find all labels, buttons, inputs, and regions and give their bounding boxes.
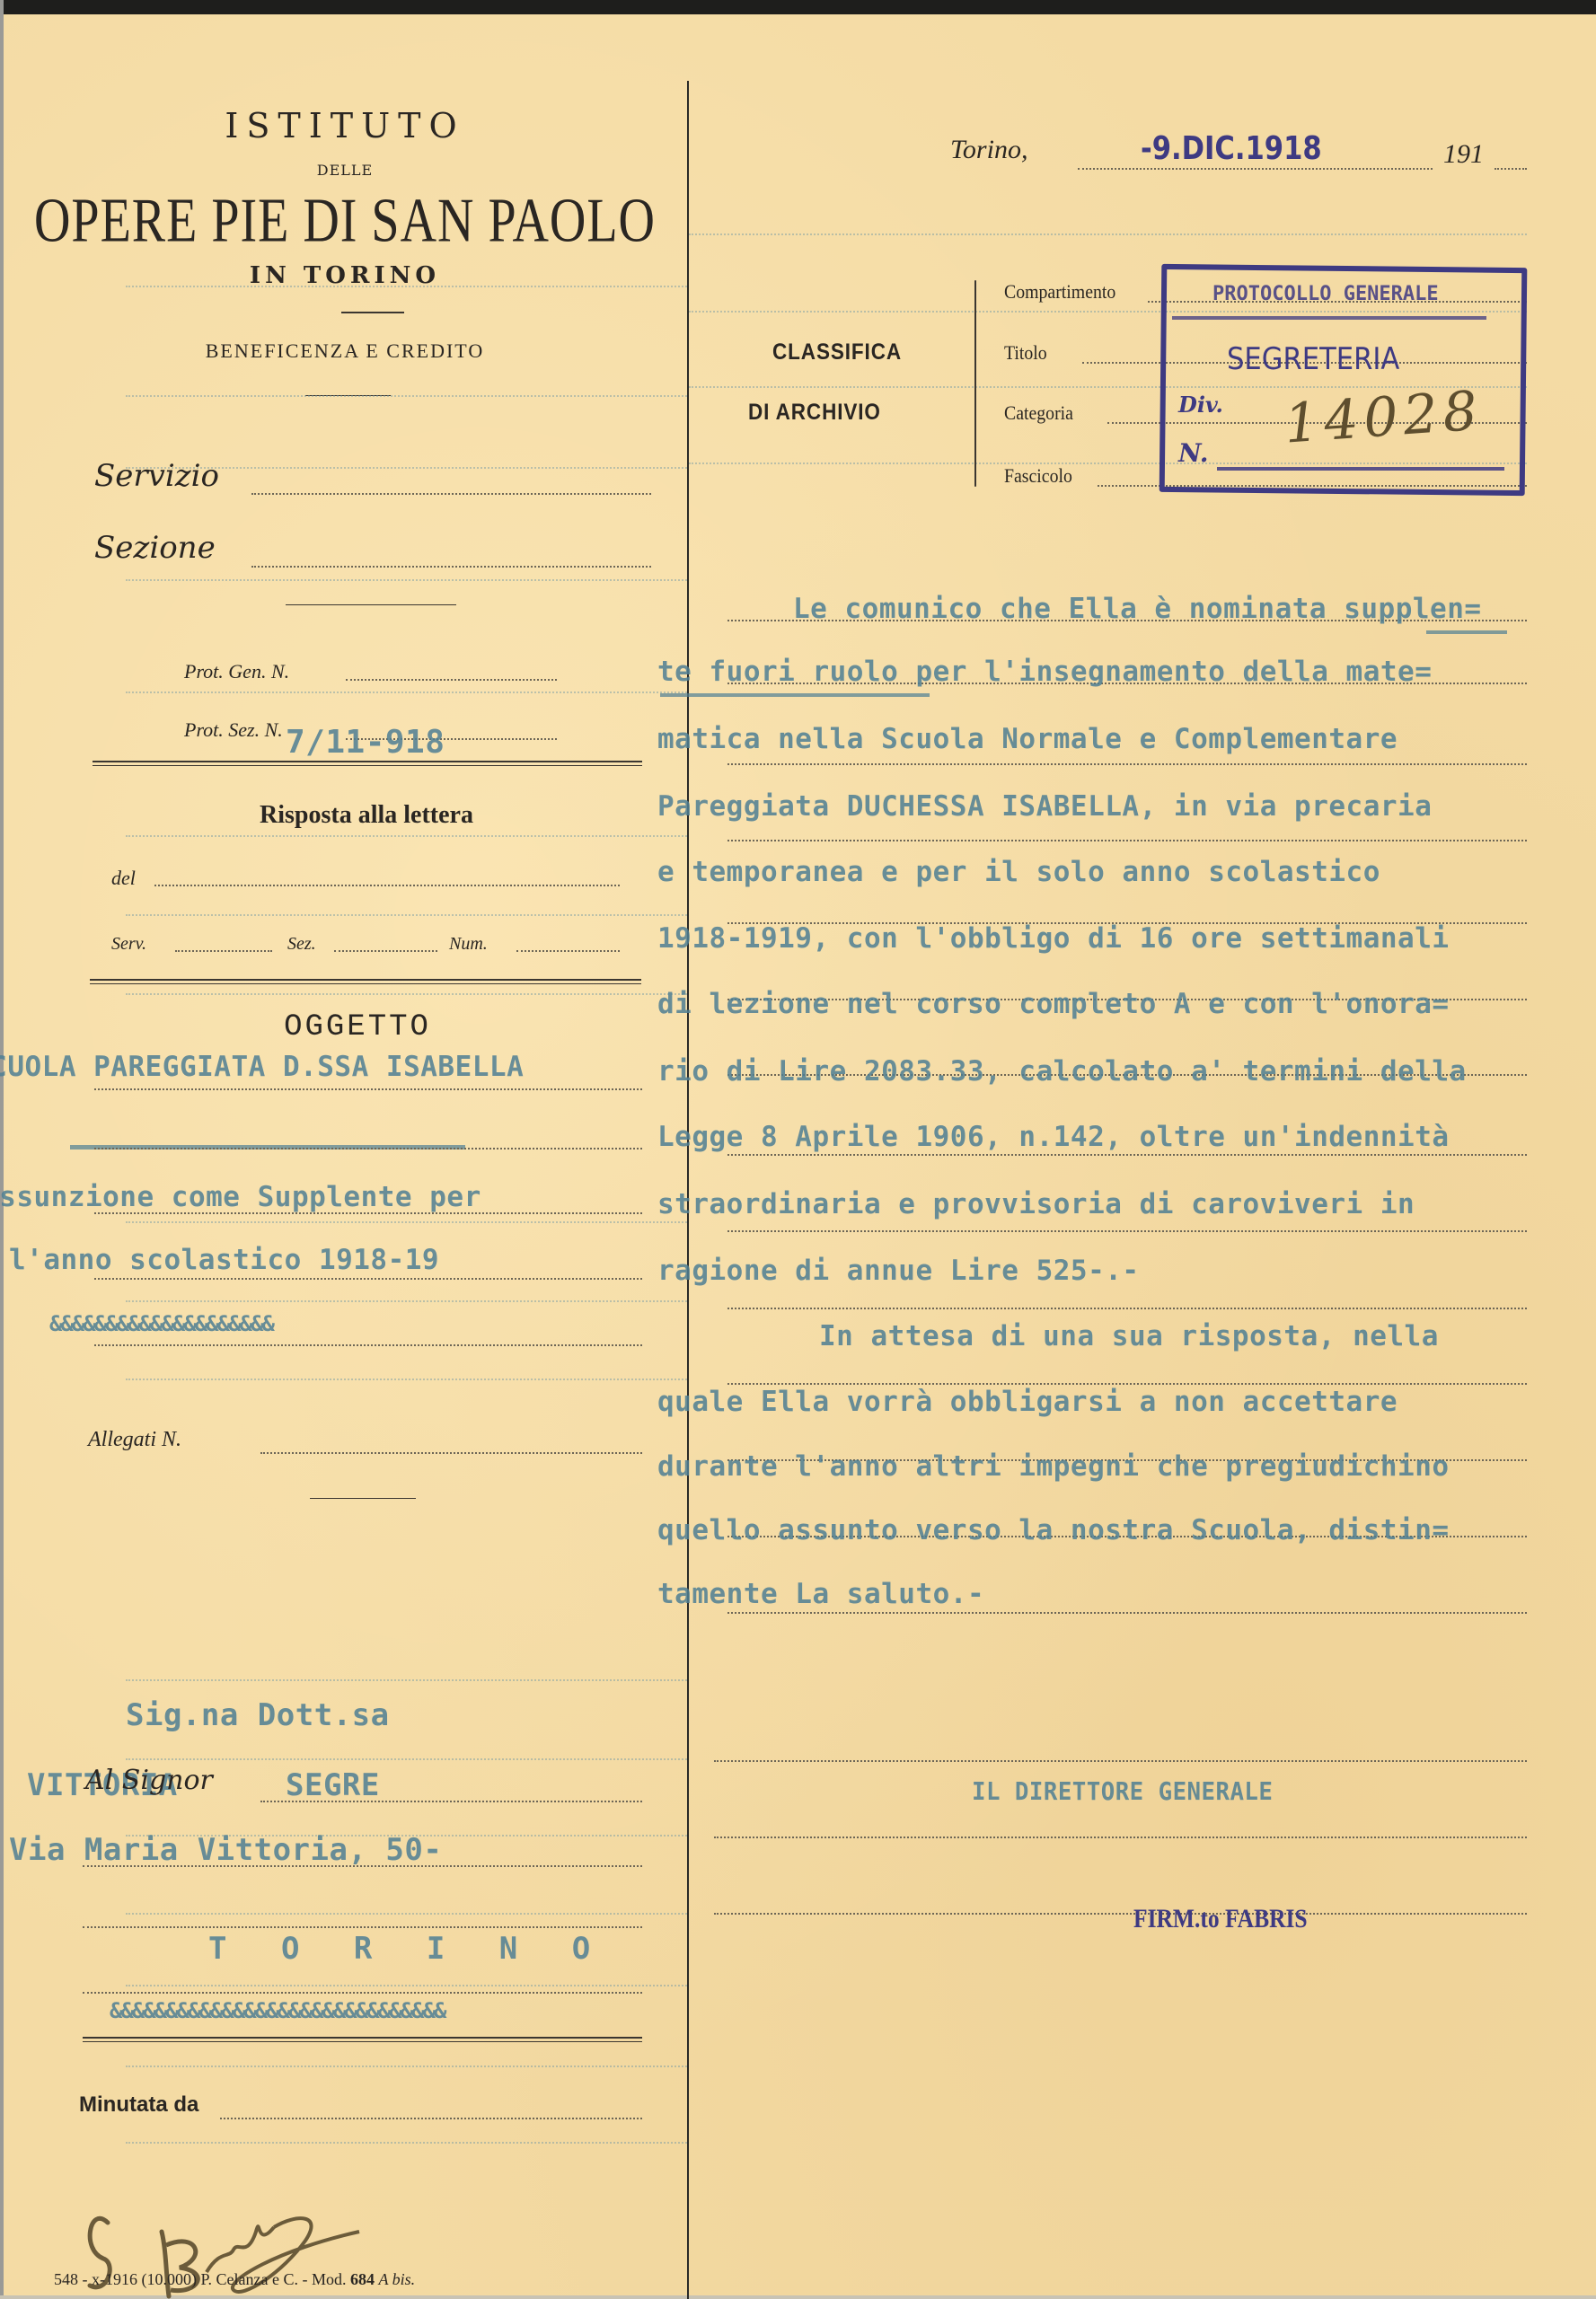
recipient-line-field[interactable] [83,1926,642,1928]
oggetto-field[interactable] [94,1212,642,1214]
recipient-city: T O R I N O [208,1931,608,1967]
body-line-rule [727,1154,1527,1156]
ruled-line [126,914,687,916]
oggetto-line: Assunzione come Supplente per [0,1181,481,1213]
body-line-rule [727,1383,1527,1385]
double-rule [83,2037,642,2042]
num-field[interactable] [516,950,620,952]
oggetto-field[interactable] [94,1148,642,1149]
double-rule [90,979,641,984]
sez-field[interactable] [334,950,437,952]
minutata-field[interactable] [220,2118,642,2119]
body-line-9: Legge 8 Aprile 1906, n.142, oltre un'ind… [657,1121,1450,1153]
ruled-line [126,1379,687,1380]
minutata-label: Minutata da [79,2092,198,2118]
ruled-line [126,1300,687,1302]
al-signor-label: Al Signor [85,1765,213,1796]
signature-text: G. Beretta [63,2196,68,2197]
num-label: Num. [449,934,488,955]
body-line-14: durante l'anno altri impegni che pregiud… [657,1450,1450,1483]
body-line-10: straordinaria e provvisoria di caroviver… [657,1188,1415,1220]
body-line-8: rio di Lire 2083.33, calcolato a' termin… [657,1055,1467,1088]
ruled-line [689,233,1527,235]
ruled-line [126,395,687,397]
recipient-line-field[interactable] [83,1992,642,1994]
body-line-rule [727,1612,1527,1614]
sezione-label: Sezione [94,530,216,566]
serv-label: Serv. [111,934,146,955]
footer-print: 548 - x-1916 (10.000) P. Celanza e C. - … [54,2270,415,2289]
year-prefix: 191 [1443,139,1484,170]
double-rule [93,761,642,766]
body-line-15: quello assunto verso la nostra Scuola, d… [657,1514,1450,1546]
prot-sez-value: 7/11-918 [286,724,445,761]
recipient-name-field[interactable] [260,1801,642,1802]
typed-underline [1426,630,1507,634]
footer-mod-suffix: A bis. [378,2270,415,2288]
letterhead-rule [341,312,404,313]
field-categoria-label: Categoria [1004,401,1073,425]
body-line-6: 1918-1919, con l'obbligo di 16 ore setti… [657,922,1450,955]
ruled-line [126,691,687,693]
oggetto-line: l'anno scolastico 1918-19 [9,1244,439,1276]
footer-mod-number: 684 [350,2270,375,2288]
classifica-line1: CLASSIFICA [772,339,902,366]
body-line-7: di lezione nel corso completo A e con l'… [657,988,1450,1020]
date-field[interactable] [1078,168,1433,170]
letterhead-opere-pie: OPERE PIE DI SAN PAOLO [34,185,656,257]
stamp-protocollo: PROTOCOLLO GENERALE [1212,283,1439,305]
oggetto-heading: OGGETTO [284,1010,431,1044]
body-line-12: In attesa di una sua risposta, nella [819,1320,1439,1352]
section-rule [286,604,456,605]
recipient-last-name: SEGRE [286,1767,380,1803]
classifica-brace [974,280,976,487]
body-line-11: ragione di annue Lire 525-.- [657,1255,1140,1287]
risposta-heading: Risposta alla lettera [260,801,473,830]
ruled-line [126,835,687,837]
field-compartimento-label: Compartimento [1004,280,1115,304]
body-line-rule [727,1230,1527,1232]
ruled-line [126,579,687,581]
signed-stamp: FIRM.to FABRIS [1133,1904,1308,1934]
oggetto-fill: &&&&&&&&&&&&&&&&&&&& [49,1311,273,1336]
stamp-div-label: Div. [1178,392,1223,418]
year-field[interactable] [1495,168,1527,170]
ruled-line [126,993,687,995]
field-titolo-label: Titolo [1004,341,1047,365]
letterhead-istituto: ISTITUTO [225,106,464,145]
ruled-line [126,1758,687,1760]
scanner-top-edge [0,0,1596,14]
allegati-label: Allegati N. [88,1428,181,1452]
ruled-line [126,1221,687,1223]
body-line-1: Le comunico che Ella è nominata supplen= [793,593,1482,625]
oggetto-field[interactable] [94,1344,642,1346]
allegati-field[interactable] [260,1452,642,1454]
typed-underline [660,693,930,697]
ruled-line [126,1985,687,1986]
body-line-rule [727,840,1527,841]
recipient-title: Sig.na Dott.sa [126,1697,390,1733]
sez-label: Sez. [287,934,316,955]
servizio-label: Servizio [94,458,219,494]
footer-print-text: 548 - x-1916 (10.000) P. Celanza e C. - … [54,2270,346,2288]
ruled-line [126,1913,687,1915]
servizio-field[interactable] [251,493,651,495]
oggetto-field[interactable] [94,1278,642,1280]
ruled-line [126,286,687,287]
letterhead-delle: DELLE [317,162,373,179]
body-line-rule [714,1760,1527,1762]
del-field[interactable] [154,885,620,886]
date-stamp: -9.DIC.1918 [1141,130,1322,167]
del-label: del [111,867,136,890]
prot-gen-label: Prot. Gen. N. [184,660,289,683]
field-fascicolo-label: Fascicolo [1004,464,1072,488]
stamp-rule [1172,316,1486,320]
letterhead-beneficenza: BENEFICENZA E CREDITO [206,339,484,363]
closing-title: IL DIRETTORE GENERALE [972,1776,1273,1806]
classifica-line2: DI ARCHIVIO [748,400,881,426]
sezione-field[interactable] [251,566,651,568]
body-line-4: Pareggiata DUCHESSA ISABELLA, in via pre… [657,790,1432,823]
body-line-13: quale Ella vorrà obbligarsi a non accett… [657,1386,1398,1418]
oggetto-line: SCUOLA PAREGGIATA D.SSA ISABELLA [0,1051,524,1083]
place-label: Torino, [950,135,1027,165]
body-line-rule [727,763,1527,765]
ruled-line [126,2142,687,2144]
prot-sez-label: Prot. Sez. N. [184,718,283,742]
serv-field[interactable] [175,950,272,952]
stamp-segreteria: SEGRETERIA [1227,341,1399,377]
scanner-left-edge [0,0,4,2299]
recipient-fill: &&&&&&&&&&&&&&&&&&&&&&&&&&&&&& [110,1998,445,2023]
recipient-address-field[interactable] [83,1865,642,1867]
stamp-n-label: N. [1178,438,1209,468]
body-line-2: te fuori ruolo per l'insegnamento della … [657,656,1432,688]
body-line-rule [727,1308,1527,1309]
prot-gen-field[interactable] [346,679,557,681]
section-rule [310,1498,416,1499]
body-line-3: matica nella Scuola Normale e Complement… [657,723,1398,755]
body-line-16: tamente La saluto.- [657,1578,984,1610]
body-line-rule [714,1913,1527,1915]
stamp-number-rule [1217,467,1504,471]
oggetto-field[interactable] [94,1088,642,1090]
body-line-5: e temporanea e per il solo anno scolasti… [657,856,1380,888]
ruled-line [126,1679,687,1681]
ruled-line [126,2066,687,2067]
recipient-address: Via Maria Vittoria, 50- [9,1832,442,1868]
body-line-rule [714,1837,1527,1838]
